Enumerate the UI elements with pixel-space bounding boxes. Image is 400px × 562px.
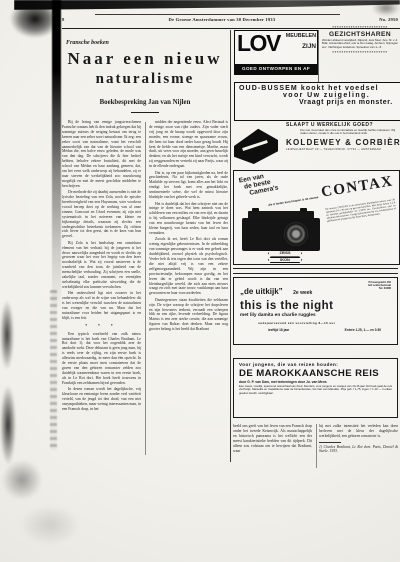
koldewey-name: KOLDEWEY & CORBIÈRE xyxy=(286,138,398,147)
koldewey-body: Zoo niet, beoordeel dan onze comfortabel… xyxy=(300,129,398,136)
subtitle-rule xyxy=(131,112,159,113)
lov-word-zijn: ZIJN xyxy=(302,43,316,50)
ad-koldewey: SLAAPT U WERKELIJK GOED? Zoo niet, beoor… xyxy=(234,122,398,168)
cinema-name: „de uitkijk” xyxy=(240,287,283,296)
issue-number: No. 2950 xyxy=(379,17,398,22)
gezichtsharen-body: Worden afdoend verwijderd, blijvend, doo… xyxy=(322,39,398,49)
ad-gezichtsharen: ************************ GEZICHTSHAREN W… xyxy=(322,26,398,55)
cinema-address-line3: Tel. 21686 xyxy=(368,287,391,290)
double-rule xyxy=(233,268,398,274)
article-title-line1: Naar een nieuw xyxy=(62,49,228,69)
camera-knob-left xyxy=(252,208,259,212)
zeiss-ikon-badge: ZEISS IKON xyxy=(268,250,302,263)
film-showtime: oudejaarsavond één voorstelling 8—10 uur xyxy=(258,321,391,325)
camera-knob-right xyxy=(300,208,307,212)
oud-bussem-line2: voor Uw zuigeling. xyxy=(283,92,400,99)
article-column-1: Bij de lezing van eenige jongstverschene… xyxy=(62,120,141,458)
contax-fine-print: De nieuwe CONTAX is de universeele klein… xyxy=(325,198,396,223)
film-age-rating: leeftijd 18 jaar xyxy=(268,328,289,332)
oud-bussem-line1: OUD-BUSSEM kookt het voedsel xyxy=(239,85,400,92)
gezichtsharen-title: GEZICHTSHAREN xyxy=(322,31,398,38)
ad-column-rule xyxy=(318,30,319,88)
scan-artifact-left-streak-lower xyxy=(50,290,57,450)
cinema-week: 2e week xyxy=(293,290,312,296)
page-number: 8 xyxy=(62,17,65,22)
article-kicker: Fransche boeken xyxy=(66,40,109,46)
koldewey-address: LEIDSCHESTRAAT 30 — TELEFOONNO. 37732 — … xyxy=(286,148,398,151)
continuation-divider-rule xyxy=(316,424,317,468)
scan-artifact-top-band xyxy=(14,0,400,10)
scan-artifact-top-left-corner xyxy=(10,0,60,38)
header-top-rule xyxy=(95,14,340,15)
page-header: 8 De Groene Amsterdammer van 30 December… xyxy=(62,17,398,22)
article-column-2: midden der negentiende eeuw. Alect Berta… xyxy=(149,120,228,458)
book-ad-kicker: Voor jongens, die van reizen houden: xyxy=(239,362,392,367)
ad-oud-bussem: OUD-BUSSEM kookt het voedsel voor Uw zui… xyxy=(234,82,400,121)
scan-artifact-left-streak xyxy=(52,0,61,310)
lov-logo: LOV xyxy=(237,32,280,55)
book-ad-title: DE MAROKKAANSCHE REIS xyxy=(239,368,392,379)
scanned-newspaper-page: { "header": { "page_number": "8", "masth… xyxy=(0,0,400,562)
scan-artifact-left-blob-2 xyxy=(0,385,16,465)
article-title-line2: naturalisme xyxy=(62,71,228,88)
film-cast: met lily damita en charlie ruggles xyxy=(240,313,391,318)
film-prices: Entrée 1.25, 1.— en 0.50 xyxy=(345,328,381,332)
lov-word-meubelen: MEUBELEN xyxy=(286,33,316,39)
article-subtitle: Boekbespreking Jan van Nijlen xyxy=(62,99,228,106)
scan-artifact-bottom-left-blob xyxy=(2,460,42,500)
zeiss-badge-line2: IKON xyxy=(268,257,302,264)
film-title: this is the night xyxy=(240,300,391,312)
zeiss-badge-line1: ZEISS xyxy=(268,250,302,257)
oud-bussem-line3: Vraagt prijs en monster. xyxy=(299,99,400,106)
masthead: De Groene Amsterdammer van 30 December 1… xyxy=(168,17,275,22)
camera-body xyxy=(242,218,320,251)
footnote-rule xyxy=(319,442,341,443)
contax-slogan: Een van de beste Camera's xyxy=(238,171,279,199)
contax-slogan-sub: die U heden kunt koopen is de nieuwe xyxy=(268,195,319,207)
column-divider-rule xyxy=(145,122,146,455)
lov-banner: GOED ONTWORPEN EN AF xyxy=(235,64,317,74)
scan-artifact-left-blob-1 xyxy=(0,300,14,370)
ad-lov-meubelen: LOV MEUBELEN ZIJN GOED ONTWORPEN EN AF xyxy=(234,30,318,75)
ad-marokkaansche-reis: Voor jongens, die van reizen houden: DE … xyxy=(233,358,398,418)
scan-artifact-top-right-smudge xyxy=(372,0,400,16)
ad-contax: Een van de beste Camera's die U heden ku… xyxy=(233,170,400,265)
scan-artifact-bottom-smudge xyxy=(20,505,80,545)
footnote: 1) Charles Braibant, Le Roi dort. Paris,… xyxy=(319,445,398,454)
continuation-text: hij met zulke intensiteit het verleden k… xyxy=(319,424,398,439)
article-continuation-col1: beeld ons geeft van het leven van een Fr… xyxy=(233,424,312,472)
book-ad-body: Een nieuw, vroolijk, spannend reisverhaa… xyxy=(239,385,392,395)
ad-de-uitkijk: „de uitkijk” 2e week Prinsengracht 452 b… xyxy=(233,277,398,345)
cinema-address: Prinsengracht 452 b/d Leidschestraat Tel… xyxy=(368,281,391,290)
camera-lens xyxy=(284,222,308,246)
main-vertical-rule xyxy=(230,30,231,462)
asterisk-border-top: ************************ xyxy=(322,26,398,30)
article-continuation-col2: hij met zulke intensiteit het verleden k… xyxy=(319,424,398,472)
asterisk-border-bottom: ************************ xyxy=(322,51,398,55)
camera-illustration xyxy=(242,211,322,253)
contax-brand: CONTAX xyxy=(320,173,395,201)
